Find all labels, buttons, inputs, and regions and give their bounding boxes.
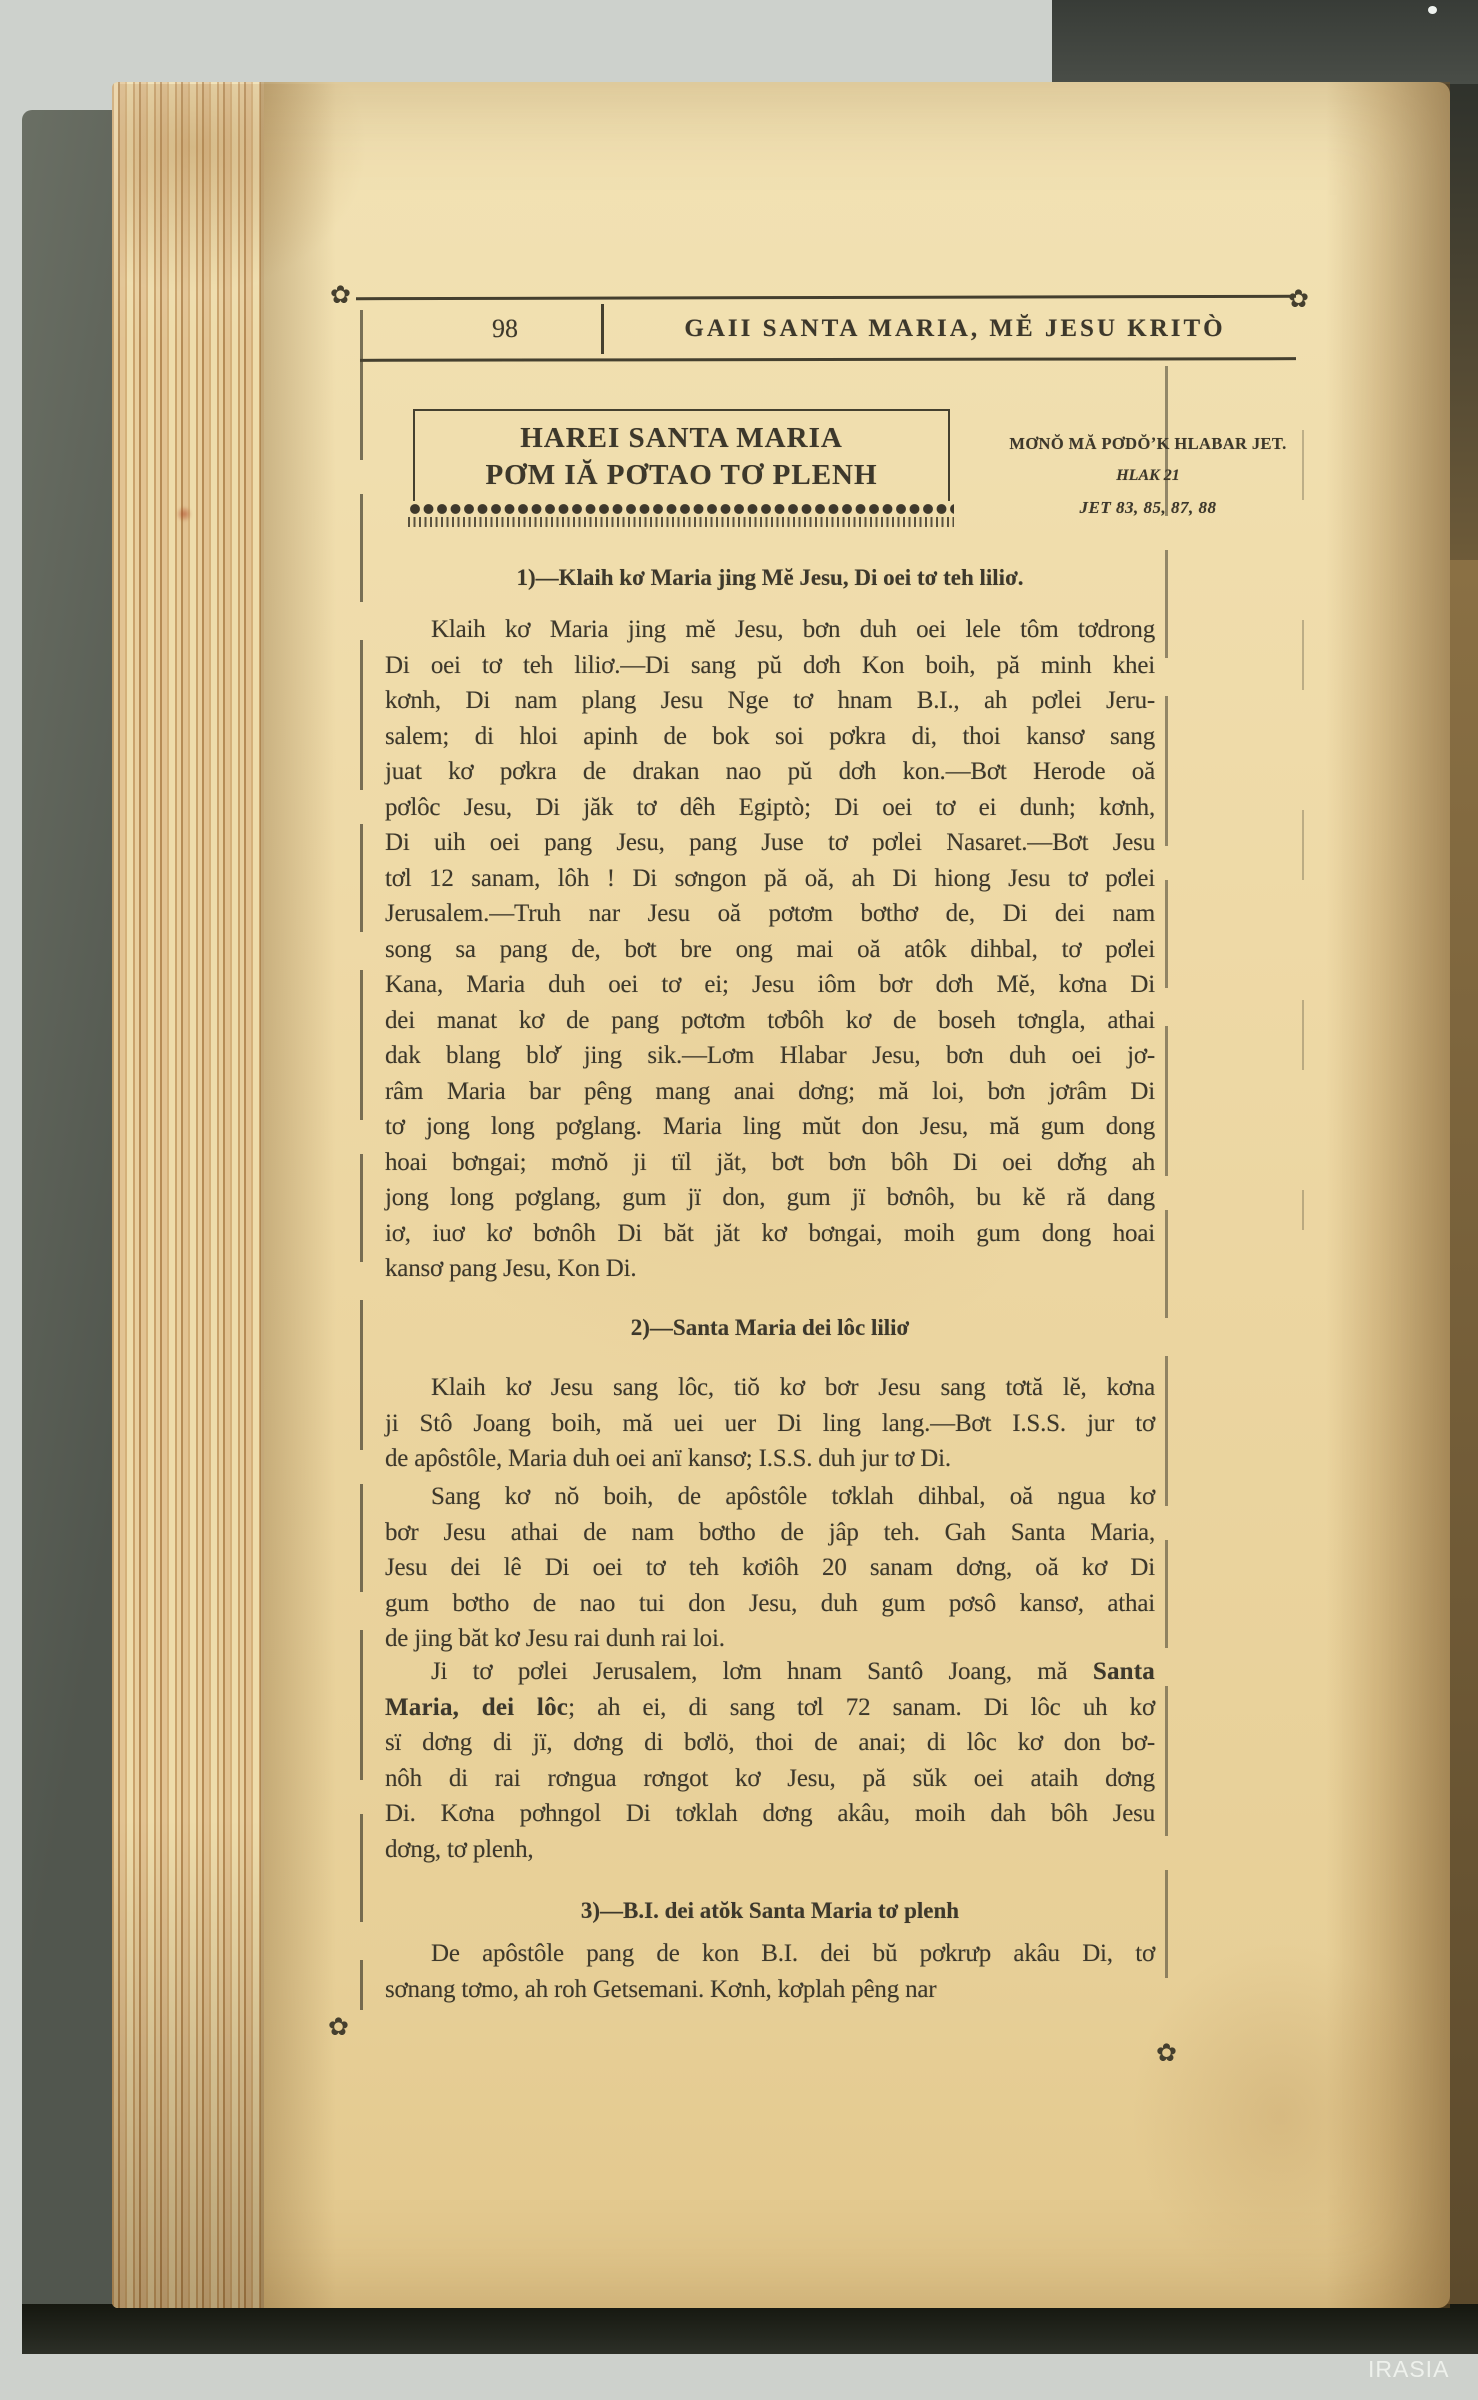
stain-red-dot bbox=[176, 506, 192, 522]
reference-line2: HLAK 21 bbox=[962, 460, 1334, 492]
running-title: GAII SANTA MARIA, MĔ JESU KRITÒ bbox=[610, 304, 1300, 354]
text-line: juat kơ pơkra de drakan nao pŭ dơh kon.—… bbox=[385, 754, 1155, 790]
ornament-band bbox=[408, 503, 954, 530]
book-edge-right-tan bbox=[1446, 560, 1478, 2308]
section-3-paragraph-1: De apôstôle pang de kon B.I. dei bŭ pơkr… bbox=[385, 1936, 1155, 2007]
text-line: Sang kơ nŏ boih, de apôstôle tơklah dihb… bbox=[385, 1479, 1155, 1515]
header-divider bbox=[601, 304, 604, 354]
text-line: Klaih kơ Jesu sang lôc, tiŏ kơ bơr Jesu … bbox=[385, 1370, 1155, 1406]
text-line: Di oei tơ teh liliơ.—Di sang pŭ dơh Kon … bbox=[385, 648, 1155, 684]
text-line: de jing băt kơ Jesu rai dunh rai loi. bbox=[385, 1621, 1155, 1657]
text-line: iơ, iuơ kơ bơnôh Di băt jăt kơ bơngai, m… bbox=[385, 1216, 1155, 1252]
text-line: Kana, Maria duh oei tơ ei; Jesu iôm bơr … bbox=[385, 967, 1155, 1003]
section-1-heading: 1)—Klaih kơ Maria jing Mĕ Jesu, Di oei t… bbox=[385, 563, 1155, 593]
text-line: sơnang tơmo, ah roh Getsemani. Kơnh, kơp… bbox=[385, 1972, 1155, 2008]
reference-block: MƠNŎ MĂ PƠDŎʼK HLABAR JET. HLAK 21 JET 8… bbox=[962, 428, 1334, 524]
text-line: jong long pơglang, gum jï don, gum jï bơ… bbox=[385, 1180, 1155, 1216]
section-1-paragraph-1: Klaih kơ Maria jing mĕ Jesu, bơn duh oei… bbox=[385, 612, 1155, 1287]
chapter-title-line2: PƠM IĂ PƠTAO TƠ PLENH bbox=[415, 457, 948, 494]
flower-ornament-icon: ✿ bbox=[330, 282, 351, 307]
text-line: de apôstôle, Maria duh oei anï kansơ; I.… bbox=[385, 1441, 1155, 1477]
text-line: râm Maria bar pêng mang anai dơng; mă lo… bbox=[385, 1074, 1155, 1110]
scanned-book-photo: ✿ ✿ 98 GAII SANTA MARIA, MĔ JESU KRITÒ H… bbox=[0, 0, 1478, 2400]
text-line: sï dơng di jï, dơng di bơlö, thoi de ana… bbox=[385, 1725, 1155, 1761]
text-line: De apôstôle pang de kon B.I. dei bŭ pơkr… bbox=[385, 1936, 1155, 1972]
stain-top-left bbox=[118, 84, 368, 294]
reference-line1: MƠNŎ MĂ PƠDŎʼK HLABAR JET. bbox=[962, 428, 1334, 460]
text-line: dei manat kơ de pang pơtơm tơbôh kơ de b… bbox=[385, 1003, 1155, 1039]
text-line: Jesu dei lê Di oei tơ teh kơiôh 20 sanam… bbox=[385, 1550, 1155, 1586]
frame-border-left bbox=[360, 310, 363, 2010]
frame-border-right bbox=[1165, 366, 1168, 1996]
flower-ornament-icon: ✿ bbox=[1156, 2040, 1177, 2065]
text-line: Ji tơ pơlei Jerusalem, lơm hnam Santô Jo… bbox=[385, 1654, 1155, 1690]
text-line: gum bơtho de nao tui don Jesu, duh gum p… bbox=[385, 1586, 1155, 1622]
page-number: 98 bbox=[430, 304, 580, 354]
watermark: IRASIA bbox=[1368, 2356, 1449, 2383]
text-line: bơr Jesu athai de nam bơtho de jâp teh. … bbox=[385, 1515, 1155, 1551]
text-line: pơlôc Jesu, Di jăk tơ dêh Egiptò; Di oei… bbox=[385, 790, 1155, 826]
text-line: ji Stô Joang boih, mă uei uer Di ling la… bbox=[385, 1406, 1155, 1442]
text-line: kơnh, Di nam plang Jesu Nge tơ hnam B.I.… bbox=[385, 683, 1155, 719]
text-line: Maria, dei lôc; ah ei, di sang tơl 72 sa… bbox=[385, 1690, 1155, 1726]
section-2-paragraph-3: Ji tơ pơlei Jerusalem, lơm hnam Santô Jo… bbox=[385, 1654, 1155, 1867]
text-line: hoai bơngai; mơnŏ ji tïl jăt, bơt bơn bô… bbox=[385, 1145, 1155, 1181]
text-line: tơl 12 sanam, lôh ! Di sơngon pă oă, ah … bbox=[385, 861, 1155, 897]
section-3-heading: 3)—B.I. dei atŏk Santa Maria tơ plenh bbox=[385, 1896, 1155, 1926]
frame-border-far-right bbox=[1302, 430, 1304, 1230]
text-line: dak blang blơ̆ jing sik.—Lơm Hlabar Jesu… bbox=[385, 1038, 1155, 1074]
text-line: song sa pang de, bơt bre ong mai oă atôk… bbox=[385, 932, 1155, 968]
text-line: kansơ pang Jesu, Kon Di. bbox=[385, 1251, 1155, 1287]
section-2-paragraph-1: Klaih kơ Jesu sang lôc, tiŏ kơ bơr Jesu … bbox=[385, 1370, 1155, 1477]
scanner-background-dark bbox=[1052, 0, 1478, 88]
text-line: salem; di hloi apinh de bok soi pơkra di… bbox=[385, 719, 1155, 755]
text-line: nôh di rai rơngua rơngot kơ Jesu, pă sŭk… bbox=[385, 1761, 1155, 1797]
fanned-page-edges-shade bbox=[112, 82, 264, 2308]
book-cover-bottom bbox=[22, 2304, 1478, 2354]
ornament-ticks bbox=[408, 517, 954, 527]
text-line: Di. Kơna pơhngol Di tơklah dơng akâu, mo… bbox=[385, 1796, 1155, 1832]
text-line: dơng, tơ plenh, bbox=[385, 1832, 1155, 1868]
stain-bottom-right bbox=[1130, 1940, 1430, 2290]
text-line: tơ jong long pơglang. Maria ling mŭt don… bbox=[385, 1109, 1155, 1145]
chapter-title-line1: HAREI SANTA MARIA bbox=[415, 420, 948, 457]
book-edge-right-dark bbox=[1446, 84, 1478, 564]
gutter-shadow bbox=[260, 82, 336, 2308]
text-line: Di uih oei pang Jesu, pang Juse tơ pơlei… bbox=[385, 825, 1155, 861]
flower-ornament-icon: ✿ bbox=[328, 2014, 349, 2039]
section-2-paragraph-2: Sang kơ nŏ boih, de apôstôle tơklah dihb… bbox=[385, 1479, 1155, 1657]
text-line: Jerusalem.—Truh nar Jesu oă pơtơm bơthơ … bbox=[385, 896, 1155, 932]
reference-line3: JET 83, 85, 87, 88 bbox=[962, 492, 1334, 524]
section-2-heading: 2)—Santa Maria dei lôc liliơ bbox=[385, 1313, 1155, 1343]
dust-speck bbox=[1428, 6, 1437, 14]
ornament-scallops bbox=[408, 503, 954, 516]
book-cover-left bbox=[22, 110, 120, 2310]
chapter-title-box: HAREI SANTA MARIA PƠM IĂ PƠTAO TƠ PLENH bbox=[413, 409, 950, 501]
text-line: Klaih kơ Maria jing mĕ Jesu, bơn duh oei… bbox=[385, 612, 1155, 648]
